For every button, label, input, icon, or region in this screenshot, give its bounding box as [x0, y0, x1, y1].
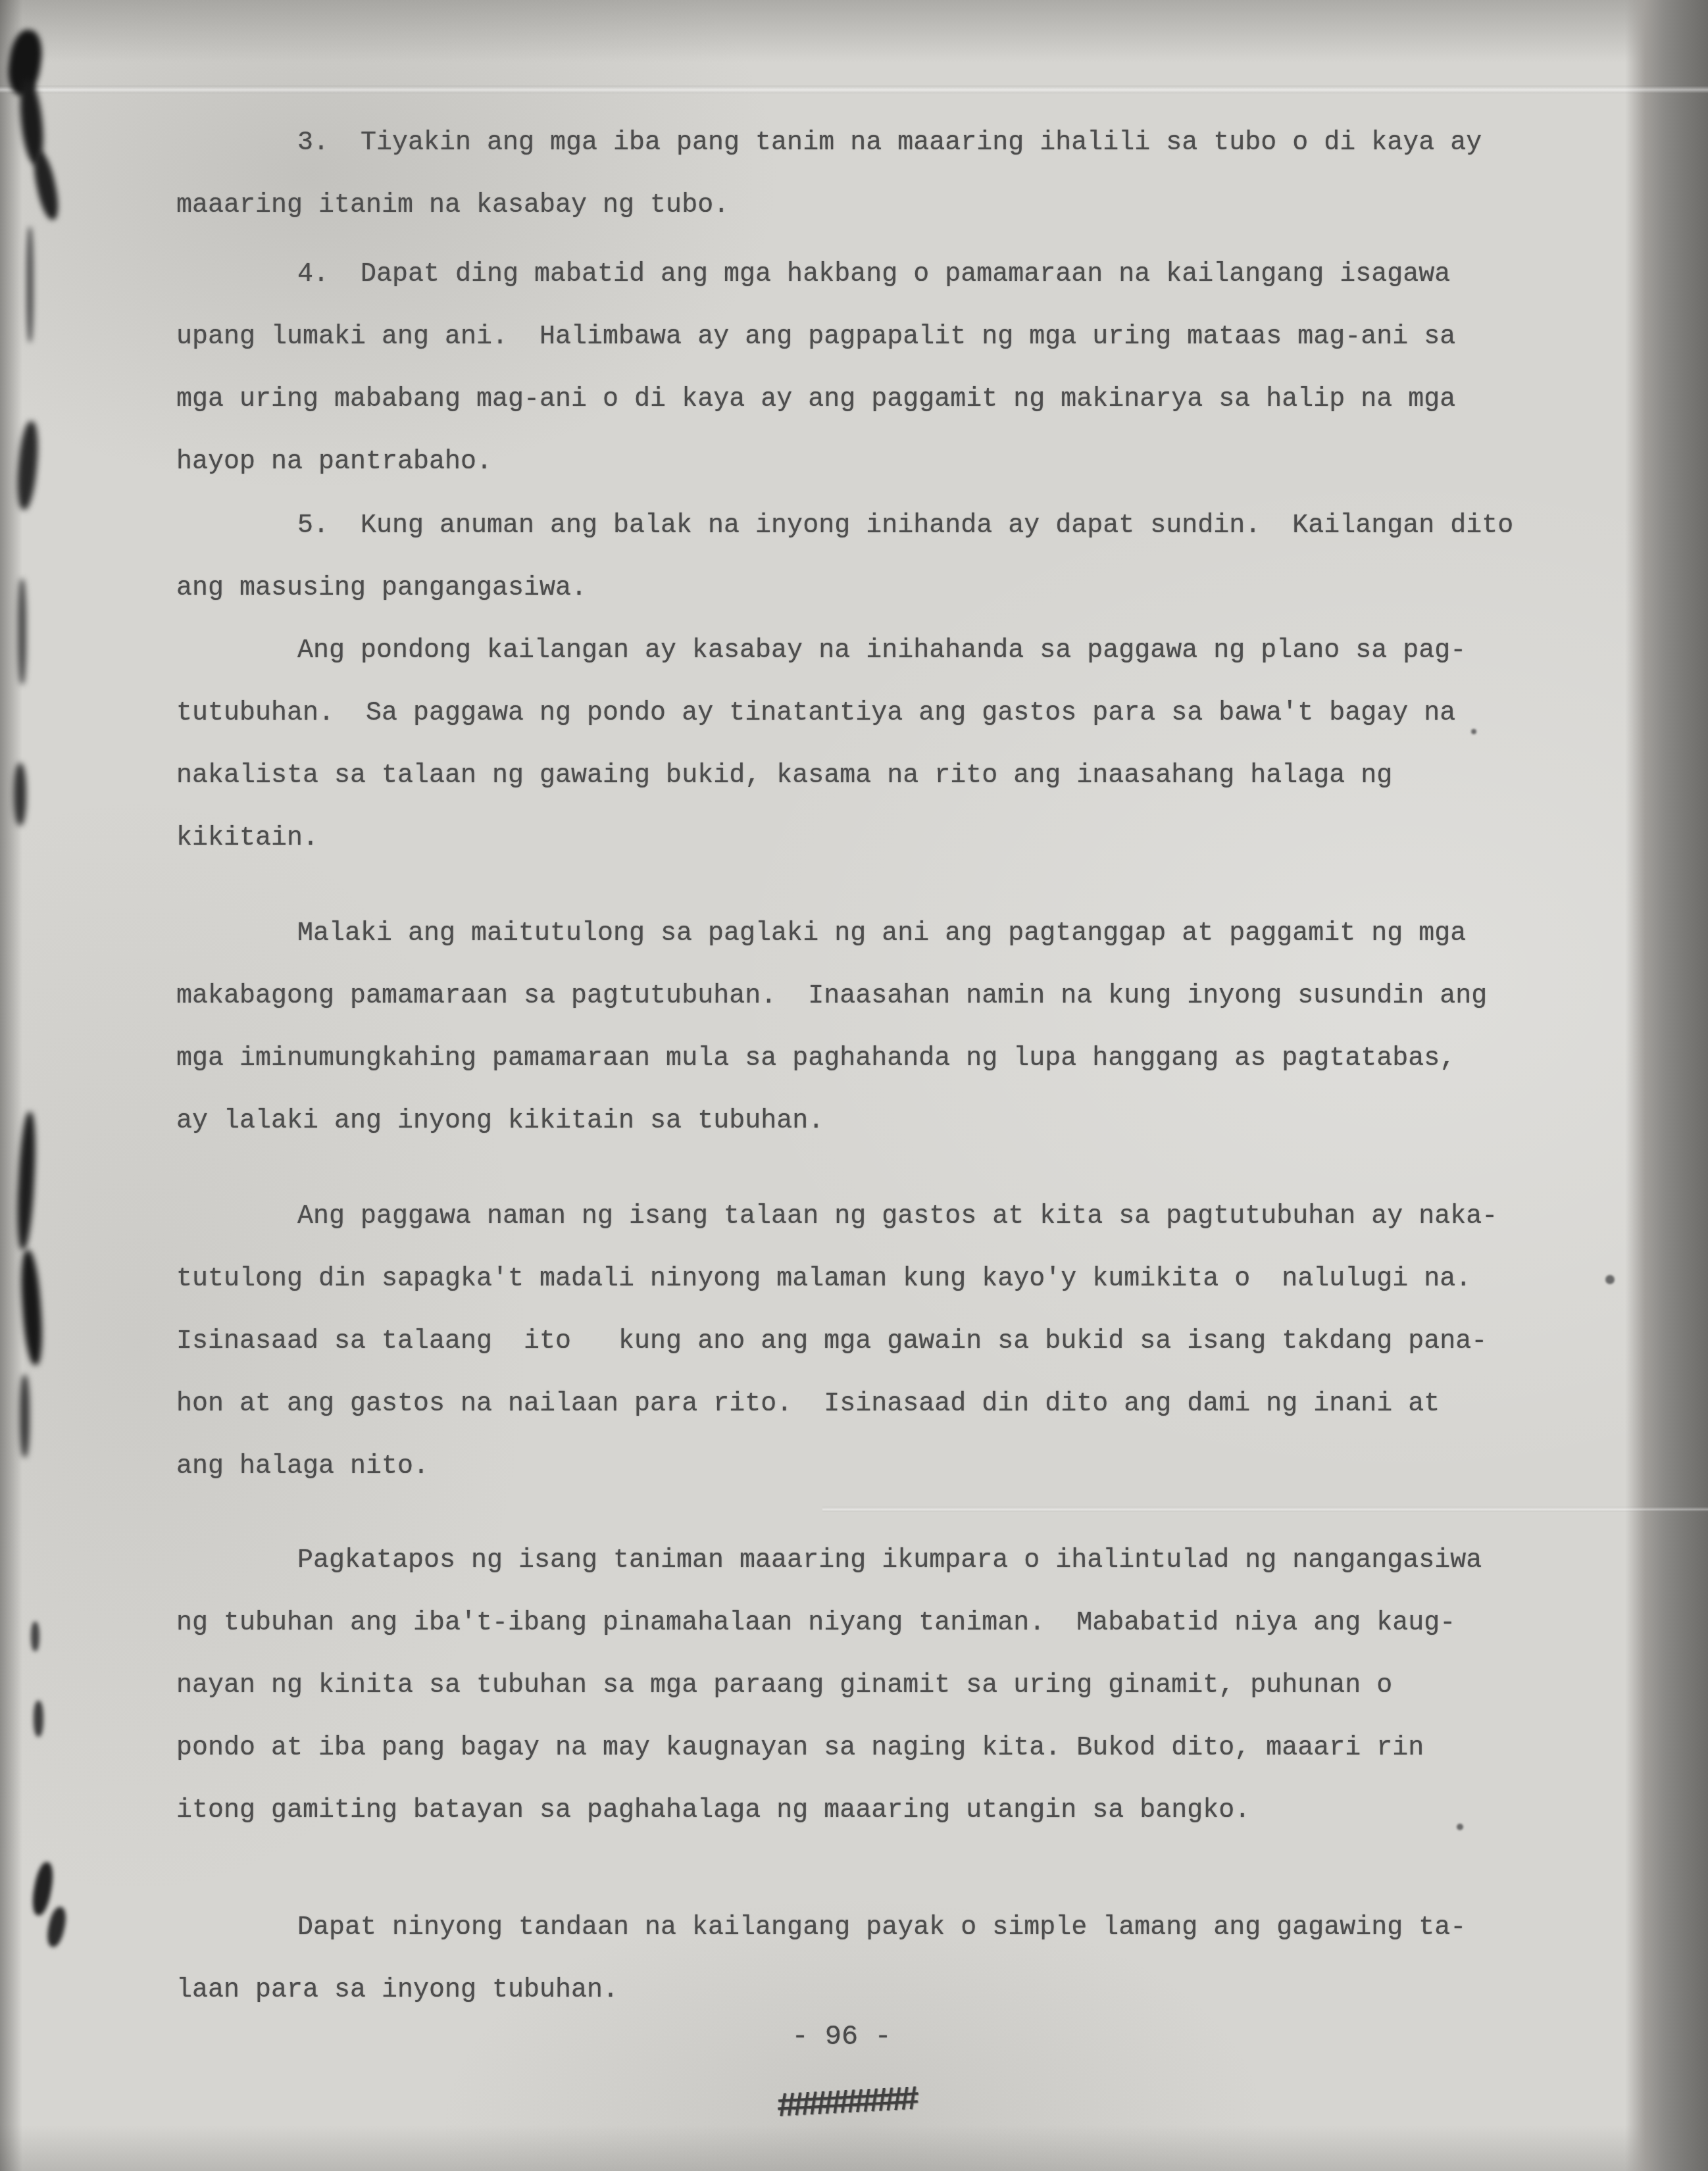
end-of-page-mark: ######### [776, 2081, 915, 2127]
paragraph: 3. Tiyakin ang mga iba pang tanim na maa… [176, 112, 1513, 237]
document-line: Ang pondong kailangan ay kasabay na inih… [297, 620, 1513, 682]
document-line: itong gamiting batayan sa paghahalaga ng… [176, 1780, 1513, 1842]
paragraph: 5. Kung anuman ang balak na inyong iniha… [176, 495, 1513, 620]
scan-shadow-bottom [0, 2125, 1708, 2171]
scan-shadow-top [0, 0, 1708, 62]
paragraph: Dapat ninyong tandaan na kailangang paya… [176, 1897, 1513, 2022]
ink-smudge [45, 1905, 68, 1949]
document-line: 5. Kung anuman ang balak na inyong iniha… [297, 495, 1513, 557]
ink-smudge [30, 1860, 56, 1916]
paragraph: Ang paggawa naman ng isang talaan ng gas… [176, 1185, 1513, 1498]
document-line: mga iminumungkahing pamamaraan mula sa p… [176, 1028, 1513, 1090]
document-line: upang lumaki ang ani. Halimbawa ay ang p… [176, 306, 1513, 368]
scan-edge-right [1625, 0, 1708, 2171]
document-line: pondo at iba pang bagay na may kaugnayan… [176, 1717, 1513, 1780]
document-line: ang masusing pangangasiwa. [176, 557, 1513, 620]
document-line: laan para sa inyong tubuhan. [176, 1959, 1513, 2022]
document-line: ng tubuhan ang iba't-ibang pinamahalaan … [176, 1592, 1513, 1655]
document-line: ang halaga nito. [176, 1435, 1513, 1498]
document-line: 3. Tiyakin ang mga iba pang tanim na maa… [297, 112, 1513, 174]
document-line: kikitain. [176, 807, 1513, 870]
paragraph: Malaki ang maitutulong sa paglaki ng ani… [176, 903, 1513, 1153]
document-line: Pagkatapos ng isang taniman maaaring iku… [297, 1530, 1513, 1592]
paragraph: Pagkatapos ng isang taniman maaaring iku… [176, 1530, 1513, 1842]
paragraph: 4. Dapat ding mabatid ang mga hakbang o … [176, 243, 1513, 493]
document-line: Isinasaad sa talaang ito kung ano ang mg… [176, 1310, 1513, 1373]
document-line: Malaki ang maitutulong sa paglaki ng ani… [297, 903, 1513, 965]
binding-smudge [31, 1622, 39, 1651]
document-line: maaaring itanim na kasabay ng tubo. [176, 174, 1513, 237]
document-line: mga uring mababang mag-ani o di kaya ay … [176, 368, 1513, 431]
page-number: - 96 - [791, 2021, 891, 2053]
document-line: makabagong pamamaraan sa pagtutubuhan. I… [176, 965, 1513, 1028]
document-line: nayan ng kinita sa tubuhan sa mga paraan… [176, 1655, 1513, 1717]
scanned-document-page: 3. Tiyakin ang mga iba pang tanim na maa… [0, 0, 1708, 2171]
binding-streak [26, 227, 34, 342]
document-line: hon at ang gastos na nailaan para rito. … [176, 1373, 1513, 1435]
document-line: Ang paggawa naman ng isang talaan ng gas… [297, 1185, 1513, 1248]
document-line: tutubuhan. Sa paggawa ng pondo ay tinata… [176, 682, 1513, 745]
document-line: Dapat ninyong tandaan na kailangang paya… [297, 1897, 1513, 1959]
document-line: 4. Dapat ding mabatid ang mga hakbang o … [297, 243, 1513, 306]
binding-smudge [34, 1701, 43, 1737]
document-line: hayop na pantrabaho. [176, 431, 1513, 493]
document-line: nakalista sa talaan ng gawaing bukid, ka… [176, 745, 1513, 807]
text-block: 3. Tiyakin ang mga iba pang tanim na maa… [176, 112, 1513, 2022]
paper-speck [1605, 1275, 1615, 1284]
document-line: ay lalaki ang inyong kikitain sa tubuhan… [176, 1090, 1513, 1153]
paper-crease-top [0, 86, 1708, 93]
paragraph: Ang pondong kailangan ay kasabay na inih… [176, 620, 1513, 870]
scan-edge-left [0, 0, 22, 2171]
document-line: tutulong din sapagka't madali ninyong ma… [176, 1248, 1513, 1310]
binding-tear-mark [30, 150, 62, 222]
